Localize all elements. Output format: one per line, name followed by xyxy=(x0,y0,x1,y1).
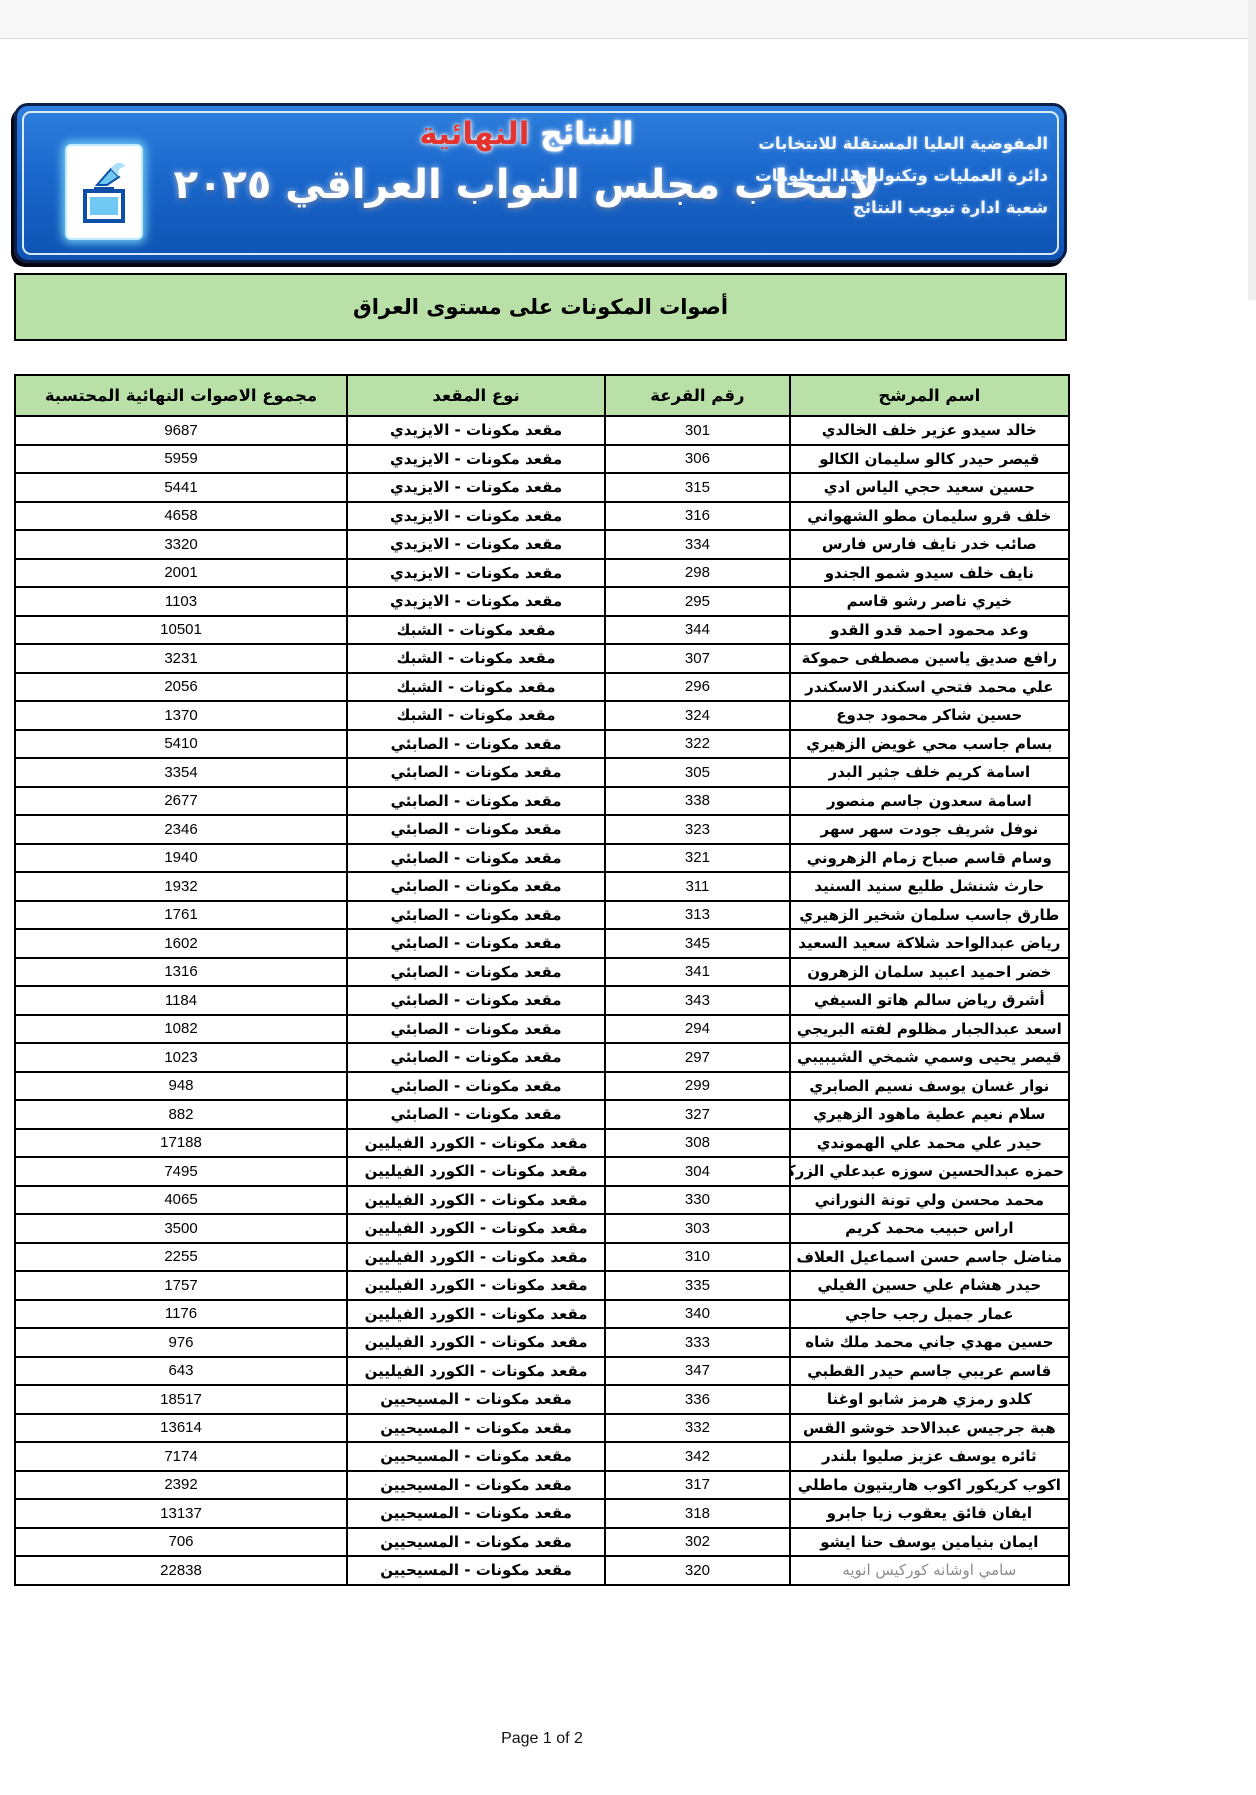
votes-cell: 3320 xyxy=(15,530,347,559)
seat-type-cell: مقعد مكونات - الصابئي xyxy=(347,844,605,873)
table-row: 1370مقعد مكونات - الشبك324حسين شاكر محمو… xyxy=(15,701,1069,730)
candidate-name-cell: قيصر يحيى وسمي شمخي الشيبيبي xyxy=(790,1043,1069,1072)
votes-cell: 3354 xyxy=(15,758,347,787)
candidate-name-cell: سامي اوشانه كوركيس انويه xyxy=(790,1556,1069,1585)
votes-cell: 1176 xyxy=(15,1300,347,1329)
votes-cell: 4065 xyxy=(15,1186,347,1215)
votes-cell: 1316 xyxy=(15,958,347,987)
seat-type-cell: مقعد مكونات - الكورد الفيليين xyxy=(347,1186,605,1215)
seat-type-cell: مقعد مكونات - الصابئي xyxy=(347,730,605,759)
lottery-number-cell: 297 xyxy=(605,1043,789,1072)
page-number: Page 1 of 2 xyxy=(14,1730,1070,1748)
seat-type-cell: مقعد مكونات - الكورد الفيليين xyxy=(347,1300,605,1329)
page-right-edge xyxy=(1248,0,1256,300)
votes-cell: 2392 xyxy=(15,1471,347,1500)
table-row: 2392مقعد مكونات - المسيحيين317اكوب كريكو… xyxy=(15,1471,1069,1500)
org-line-section: شعبة ادارة تبويب النتائج xyxy=(755,192,1048,224)
lottery-number-cell: 333 xyxy=(605,1328,789,1357)
lottery-number-cell: 301 xyxy=(605,416,789,445)
table-row: 1176مقعد مكونات - الكورد الفيليين340عمار… xyxy=(15,1300,1069,1329)
lottery-number-cell: 296 xyxy=(605,673,789,702)
header-total-votes: مجموع الاصوات النهائية المحتسبة xyxy=(15,375,347,416)
table-row: 1932مقعد مكونات - الصابئي311حارث شنشل طل… xyxy=(15,872,1069,901)
lottery-number-cell: 308 xyxy=(605,1129,789,1158)
seat-type-cell: مقعد مكونات - الكورد الفيليين xyxy=(347,1357,605,1386)
candidate-name-cell: وسام قاسم صباح زمام الزهروني xyxy=(790,844,1069,873)
votes-cell: 22838 xyxy=(15,1556,347,1585)
header-banner: النتائج النهائية لانتخاب مجلس النواب الع… xyxy=(14,103,1067,263)
candidate-name-cell: محمد محسن ولي تونة النوراني xyxy=(790,1186,1069,1215)
header-lottery-number: رقم القرعة xyxy=(605,375,789,416)
votes-cell: 13137 xyxy=(15,1499,347,1528)
table-row: 1757مقعد مكونات - الكورد الفيليين335حيدر… xyxy=(15,1271,1069,1300)
votes-cell: 5959 xyxy=(15,445,347,474)
votes-cell: 1103 xyxy=(15,587,347,616)
votes-cell: 10501 xyxy=(15,616,347,645)
votes-cell: 1082 xyxy=(15,1015,347,1044)
candidate-name-cell: اسامة سعدون جاسم منصور xyxy=(790,787,1069,816)
candidate-name-cell: كلدو رمزي هرمز شابو اوغنا xyxy=(790,1385,1069,1414)
lottery-number-cell: 347 xyxy=(605,1357,789,1386)
lottery-number-cell: 302 xyxy=(605,1528,789,1557)
table-row: 18517مقعد مكونات - المسيحيين336كلدو رمزي… xyxy=(15,1385,1069,1414)
results-table: مجموع الاصوات النهائية المحتسبة نوع المق… xyxy=(14,374,1070,1586)
seat-type-cell: مقعد مكونات - الصابئي xyxy=(347,1072,605,1101)
org-line-commission: المفوضية العليا المستقلة للانتخابات xyxy=(755,128,1048,160)
lottery-number-cell: 295 xyxy=(605,587,789,616)
candidate-name-cell: سلام نعيم عطية ماهود الزهيري xyxy=(790,1100,1069,1129)
header-candidate-name: اسم المرشح xyxy=(790,375,1069,416)
seat-type-cell: مقعد مكونات - المسيحيين xyxy=(347,1414,605,1443)
candidate-name-cell: قيصر حيدر كالو سليمان الكالو xyxy=(790,445,1069,474)
votes-cell: 9687 xyxy=(15,416,347,445)
candidate-name-cell: اراس حبيب محمد كريم xyxy=(790,1214,1069,1243)
votes-cell: 3231 xyxy=(15,644,347,673)
results-body: 9687مقعد مكونات - الايزيدي301خالد سيدو ع… xyxy=(15,416,1069,1585)
candidate-name-cell: هبة جرجيس عبدالاحد خوشو القس xyxy=(790,1414,1069,1443)
lottery-number-cell: 311 xyxy=(605,872,789,901)
table-row: 3231مقعد مكونات - الشبك307رافع صديق ياسي… xyxy=(15,644,1069,673)
votes-cell: 2346 xyxy=(15,815,347,844)
votes-cell: 4658 xyxy=(15,502,347,531)
votes-cell: 948 xyxy=(15,1072,347,1101)
candidate-name-cell: طارق جاسب سلمان شخير الزهيري xyxy=(790,901,1069,930)
seat-type-cell: مقعد مكونات - الصابئي xyxy=(347,958,605,987)
seat-type-cell: مقعد مكونات - الايزيدي xyxy=(347,416,605,445)
table-row: 643مقعد مكونات - الكورد الفيليين347قاسم … xyxy=(15,1357,1069,1386)
lottery-number-cell: 307 xyxy=(605,644,789,673)
candidate-name-cell: خلف قرو سليمان مطو الشهواني xyxy=(790,502,1069,531)
candidate-name-cell: اسامة كريم خلف جثير البدر xyxy=(790,758,1069,787)
header-seat-type: نوع المقعد xyxy=(347,375,605,416)
lottery-number-cell: 294 xyxy=(605,1015,789,1044)
candidate-name-cell: ثائره يوسف عزيز صليوا بلندر xyxy=(790,1442,1069,1471)
candidate-name-cell: حيدر هشام علي حسين الفيلي xyxy=(790,1271,1069,1300)
votes-cell: 5410 xyxy=(15,730,347,759)
votes-cell: 643 xyxy=(15,1357,347,1386)
lottery-number-cell: 324 xyxy=(605,701,789,730)
votes-cell: 1940 xyxy=(15,844,347,873)
table-row: 9687مقعد مكونات - الايزيدي301خالد سيدو ع… xyxy=(15,416,1069,445)
candidate-name-cell: بسام جاسب محي غويض الزهيري xyxy=(790,730,1069,759)
lottery-number-cell: 305 xyxy=(605,758,789,787)
candidate-name-cell: رياض عبدالواحد شلاكة سعيد السعيد xyxy=(790,929,1069,958)
votes-cell: 2056 xyxy=(15,673,347,702)
seat-type-cell: مقعد مكونات - المسيحيين xyxy=(347,1556,605,1585)
votes-cell: 1602 xyxy=(15,929,347,958)
votes-cell: 976 xyxy=(15,1328,347,1357)
votes-cell: 706 xyxy=(15,1528,347,1557)
votes-cell: 2001 xyxy=(15,559,347,588)
lottery-number-cell: 334 xyxy=(605,530,789,559)
table-row: 2346مقعد مكونات - الصابئي323نوفل شريف جو… xyxy=(15,815,1069,844)
lottery-number-cell: 318 xyxy=(605,1499,789,1528)
seat-type-cell: مقعد مكونات - الصابئي xyxy=(347,986,605,1015)
seat-type-cell: مقعد مكونات - الشبك xyxy=(347,673,605,702)
candidate-name-cell: ايفان فائق يعقوب زيا جابرو xyxy=(790,1499,1069,1528)
lottery-number-cell: 316 xyxy=(605,502,789,531)
lottery-number-cell: 298 xyxy=(605,559,789,588)
votes-cell: 1023 xyxy=(15,1043,347,1072)
candidate-name-cell: حسين سعيد حجي الياس ادي xyxy=(790,473,1069,502)
table-row: 976مقعد مكونات - الكورد الفيليين333حسين … xyxy=(15,1328,1069,1357)
candidate-name-cell: حمزه عبدالحسين سوزه عبدعلي الزركاني xyxy=(790,1157,1069,1186)
table-row: 17188مقعد مكونات - الكورد الفيليين308حيد… xyxy=(15,1129,1069,1158)
lottery-number-cell: 342 xyxy=(605,1442,789,1471)
table-row: 2056مقعد مكونات - الشبك296علي محمد فتحي … xyxy=(15,673,1069,702)
seat-type-cell: مقعد مكونات - الشبك xyxy=(347,644,605,673)
seat-type-cell: مقعد مكونات - الكورد الفيليين xyxy=(347,1271,605,1300)
votes-cell: 13614 xyxy=(15,1414,347,1443)
votes-cell: 2677 xyxy=(15,787,347,816)
votes-cell: 1757 xyxy=(15,1271,347,1300)
lottery-number-cell: 310 xyxy=(605,1243,789,1272)
candidate-name-cell: خيري ناصر رشو قاسم xyxy=(790,587,1069,616)
lottery-number-cell: 344 xyxy=(605,616,789,645)
candidate-name-cell: خالد سيدو عزير خلف الخالدي xyxy=(790,416,1069,445)
page-top-strip xyxy=(0,0,1256,39)
table-row: 7174مقعد مكونات - المسيحيين342ثائره يوسف… xyxy=(15,1442,1069,1471)
lottery-number-cell: 338 xyxy=(605,787,789,816)
table-row: 706مقعد مكونات - المسيحيين302ايمان بنيام… xyxy=(15,1528,1069,1557)
seat-type-cell: مقعد مكونات - الكورد الفيليين xyxy=(347,1157,605,1186)
table-row: 1761مقعد مكونات - الصابئي313طارق جاسب سل… xyxy=(15,901,1069,930)
lottery-number-cell: 303 xyxy=(605,1214,789,1243)
lottery-number-cell: 336 xyxy=(605,1385,789,1414)
section-title: أصوات المكونات على مستوى العراق xyxy=(353,295,728,319)
table-row: 1184مقعد مكونات - الصابئي343أشرق رياض سا… xyxy=(15,986,1069,1015)
table-row: 3500مقعد مكونات - الكورد الفيليين303اراس… xyxy=(15,1214,1069,1243)
seat-type-cell: مقعد مكونات - الكورد الفيليين xyxy=(347,1129,605,1158)
candidate-name-cell: ايمان بنيامين يوسف حنا ايشو xyxy=(790,1528,1069,1557)
votes-cell: 1370 xyxy=(15,701,347,730)
table-row: 4658مقعد مكونات - الايزيدي316خلف قرو سلي… xyxy=(15,502,1069,531)
seat-type-cell: مقعد مكونات - الايزيدي xyxy=(347,559,605,588)
table-row: 1103مقعد مكونات - الايزيدي295خيري ناصر ر… xyxy=(15,587,1069,616)
seat-type-cell: مقعد مكونات - الايزيدي xyxy=(347,473,605,502)
table-header-row: مجموع الاصوات النهائية المحتسبة نوع المق… xyxy=(15,375,1069,416)
seat-type-cell: مقعد مكونات - الايزيدي xyxy=(347,530,605,559)
table-row: 7495مقعد مكونات - الكورد الفيليين304حمزه… xyxy=(15,1157,1069,1186)
seat-type-cell: مقعد مكونات - الصابئي xyxy=(347,929,605,958)
seat-type-cell: مقعد مكونات - الصابئي xyxy=(347,787,605,816)
table-row: 4065مقعد مكونات - الكورد الفيليين330محمد… xyxy=(15,1186,1069,1215)
table-row: 1316مقعد مكونات - الصابئي341خضر احميد اع… xyxy=(15,958,1069,987)
seat-type-cell: مقعد مكونات - الشبك xyxy=(347,616,605,645)
lottery-number-cell: 315 xyxy=(605,473,789,502)
votes-cell: 1184 xyxy=(15,986,347,1015)
seat-type-cell: مقعد مكونات - الايزيدي xyxy=(347,445,605,474)
seat-type-cell: مقعد مكونات - الصابئي xyxy=(347,1043,605,1072)
lottery-number-cell: 343 xyxy=(605,986,789,1015)
votes-cell: 882 xyxy=(15,1100,347,1129)
candidate-name-cell: نوار غسان يوسف نسيم الصابري xyxy=(790,1072,1069,1101)
votes-cell: 7495 xyxy=(15,1157,347,1186)
candidate-name-cell: حيدر علي محمد علي الهموندي xyxy=(790,1129,1069,1158)
votes-cell: 5441 xyxy=(15,473,347,502)
seat-type-cell: مقعد مكونات - الايزيدي xyxy=(347,502,605,531)
lottery-number-cell: 322 xyxy=(605,730,789,759)
votes-cell: 17188 xyxy=(15,1129,347,1158)
candidate-name-cell: وعد محمود احمد قدو القدو xyxy=(790,616,1069,645)
seat-type-cell: مقعد مكونات - الكورد الفيليين xyxy=(347,1328,605,1357)
candidate-name-cell: أشرق رياض سالم هاتو السيفي xyxy=(790,986,1069,1015)
candidate-name-cell: مناضل جاسم حسن اسماعيل العلاف xyxy=(790,1243,1069,1272)
table-row: 5410مقعد مكونات - الصابئي322بسام جاسب مح… xyxy=(15,730,1069,759)
candidate-name-cell: حارث شنشل طليع سنيد السنيد xyxy=(790,872,1069,901)
banner-title-word-final: النهائية xyxy=(419,116,529,152)
table-row: 5959مقعد مكونات - الايزيدي306قيصر حيدر ك… xyxy=(15,445,1069,474)
votes-cell: 1932 xyxy=(15,872,347,901)
lottery-number-cell: 320 xyxy=(605,1556,789,1585)
lottery-number-cell: 340 xyxy=(605,1300,789,1329)
lottery-number-cell: 335 xyxy=(605,1271,789,1300)
lottery-number-cell: 345 xyxy=(605,929,789,958)
lottery-number-cell: 332 xyxy=(605,1414,789,1443)
lottery-number-cell: 327 xyxy=(605,1100,789,1129)
lottery-number-cell: 330 xyxy=(605,1186,789,1215)
seat-type-cell: مقعد مكونات - الصابئي xyxy=(347,1015,605,1044)
candidate-name-cell: اسعد عبدالجبار مظلوم لفته البريجي xyxy=(790,1015,1069,1044)
lottery-number-cell: 321 xyxy=(605,844,789,873)
candidate-name-cell: صائب خدر نايف فارس فارس xyxy=(790,530,1069,559)
candidate-name-cell: حسين شاكر محمود جدوع xyxy=(790,701,1069,730)
seat-type-cell: مقعد مكونات - الصابئي xyxy=(347,1100,605,1129)
table-row: 22838مقعد مكونات - المسيحيين320سامي اوشا… xyxy=(15,1556,1069,1585)
candidate-name-cell: قاسم عريبي جاسم حيدر القطبي xyxy=(790,1357,1069,1386)
lottery-number-cell: 341 xyxy=(605,958,789,987)
seat-type-cell: مقعد مكونات - المسيحيين xyxy=(347,1471,605,1500)
table-row: 1602مقعد مكونات - الصابئي345رياض عبدالوا… xyxy=(15,929,1069,958)
ihec-logo xyxy=(65,144,143,240)
seat-type-cell: مقعد مكونات - الايزيدي xyxy=(347,587,605,616)
seat-type-cell: مقعد مكونات - المسيحيين xyxy=(347,1385,605,1414)
lottery-number-cell: 299 xyxy=(605,1072,789,1101)
lottery-number-cell: 323 xyxy=(605,815,789,844)
table-row: 5441مقعد مكونات - الايزيدي315حسين سعيد ح… xyxy=(15,473,1069,502)
candidate-name-cell: عمار جميل رجب حاجي xyxy=(790,1300,1069,1329)
votes-cell: 1761 xyxy=(15,901,347,930)
seat-type-cell: مقعد مكونات - المسيحيين xyxy=(347,1528,605,1557)
seat-type-cell: مقعد مكونات - الشبك xyxy=(347,701,605,730)
table-row: 2001مقعد مكونات - الايزيدي298نايف خلف سي… xyxy=(15,559,1069,588)
seat-type-cell: مقعد مكونات - المسيحيين xyxy=(347,1442,605,1471)
lottery-number-cell: 306 xyxy=(605,445,789,474)
seat-type-cell: مقعد مكونات - الصابئي xyxy=(347,901,605,930)
banner-title-word-results: النتائج xyxy=(540,116,633,152)
table-row: 948مقعد مكونات - الصابئي299نوار غسان يوس… xyxy=(15,1072,1069,1101)
ballot-box-icon xyxy=(77,155,131,229)
seat-type-cell: مقعد مكونات - المسيحيين xyxy=(347,1499,605,1528)
candidate-name-cell: حسين مهدي جاني محمد ملك شاه xyxy=(790,1328,1069,1357)
org-line-department: دائرة العمليات وتكنولوجيا المعلومات xyxy=(755,160,1048,192)
table-row: 882مقعد مكونات - الصابئي327سلام نعيم عطي… xyxy=(15,1100,1069,1129)
table-row: 3354مقعد مكونات - الصابئي305اسامة كريم خ… xyxy=(15,758,1069,787)
seat-type-cell: مقعد مكونات - الكورد الفيليين xyxy=(347,1243,605,1272)
lottery-number-cell: 313 xyxy=(605,901,789,930)
table-row: 1940مقعد مكونات - الصابئي321وسام قاسم صب… xyxy=(15,844,1069,873)
table-row: 1023مقعد مكونات - الصابئي297قيصر يحيى وس… xyxy=(15,1043,1069,1072)
seat-type-cell: مقعد مكونات - الصابئي xyxy=(347,872,605,901)
votes-cell: 7174 xyxy=(15,1442,347,1471)
candidate-name-cell: رافع صديق ياسين مصطفى حموكة xyxy=(790,644,1069,673)
seat-type-cell: مقعد مكونات - الصابئي xyxy=(347,815,605,844)
table-row: 13614مقعد مكونات - المسيحيين332هبة جرجيس… xyxy=(15,1414,1069,1443)
section-title-bar: أصوات المكونات على مستوى العراق xyxy=(14,273,1067,341)
candidate-name-cell: اكوب كريكور اكوب هاريتيون ماطلي xyxy=(790,1471,1069,1500)
lottery-number-cell: 304 xyxy=(605,1157,789,1186)
table-row: 2255مقعد مكونات - الكورد الفيليين310مناض… xyxy=(15,1243,1069,1272)
seat-type-cell: مقعد مكونات - الصابئي xyxy=(347,758,605,787)
table-row: 1082مقعد مكونات - الصابئي294اسعد عبدالجب… xyxy=(15,1015,1069,1044)
table-row: 10501مقعد مكونات - الشبك344وعد محمود احم… xyxy=(15,616,1069,645)
seat-type-cell: مقعد مكونات - الكورد الفيليين xyxy=(347,1214,605,1243)
candidate-name-cell: علي محمد فتحي اسكندر الاسكندر xyxy=(790,673,1069,702)
table-row: 3320مقعد مكونات - الايزيدي334صائب خدر نا… xyxy=(15,530,1069,559)
votes-cell: 2255 xyxy=(15,1243,347,1272)
candidate-name-cell: نايف خلف سيدو شمو الجندو xyxy=(790,559,1069,588)
lottery-number-cell: 317 xyxy=(605,1471,789,1500)
candidate-name-cell: نوفل شريف جودت سهر سهر xyxy=(790,815,1069,844)
votes-cell: 3500 xyxy=(15,1214,347,1243)
table-row: 13137مقعد مكونات - المسيحيين318ايفان فائ… xyxy=(15,1499,1069,1528)
candidate-name-cell: خضر احميد اعبيد سلمان الزهرون xyxy=(790,958,1069,987)
votes-cell: 18517 xyxy=(15,1385,347,1414)
table-row: 2677مقعد مكونات - الصابئي338اسامة سعدون … xyxy=(15,787,1069,816)
banner-org-block: المفوضية العليا المستقلة للانتخابات دائر… xyxy=(755,128,1048,225)
